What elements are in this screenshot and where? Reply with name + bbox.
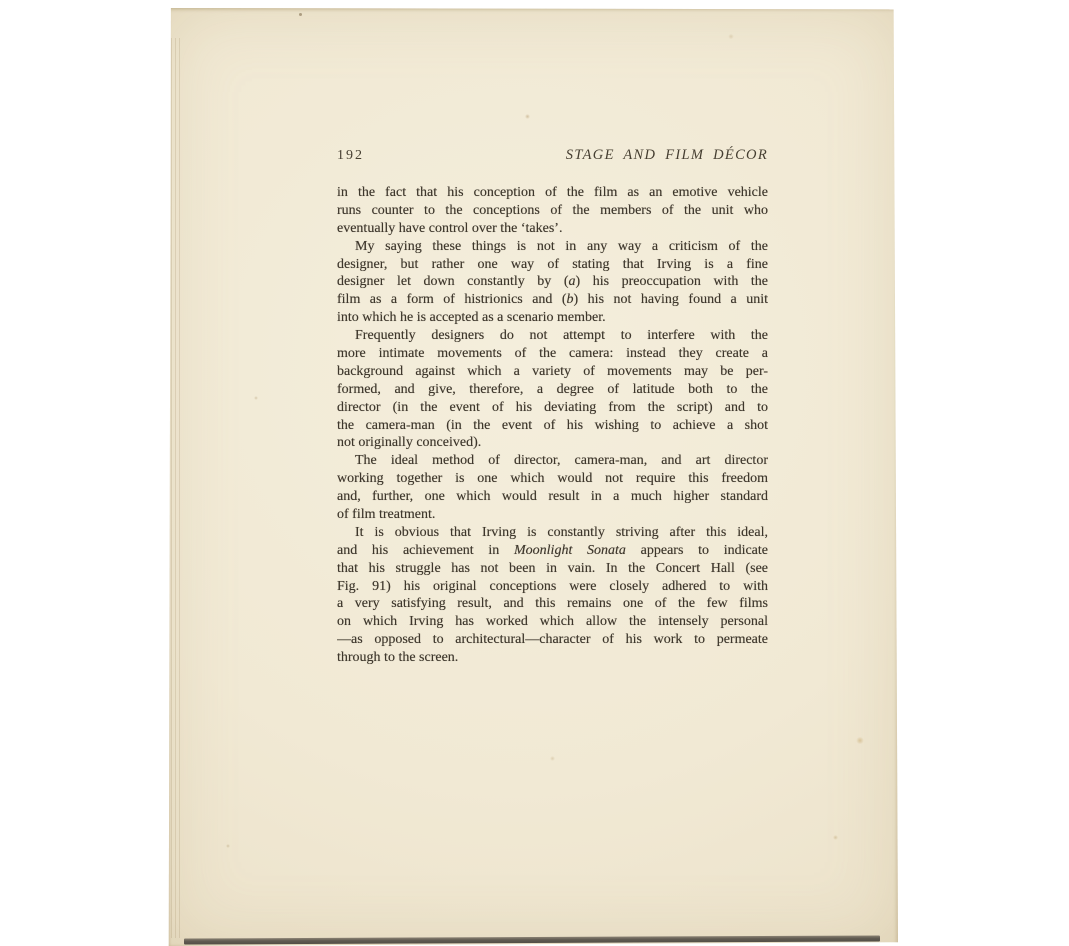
- page-bottom-edge-shadow: [184, 935, 880, 944]
- foxing-spot: [525, 114, 530, 119]
- text-line: and his achievement in Moonlight Sonata …: [337, 542, 768, 560]
- foxing-spot: [728, 34, 734, 39]
- text-segment: that his struggle has not been in vain. …: [337, 561, 768, 576]
- text-segment: not originally conceived).: [337, 435, 481, 450]
- text-line: into which he is accepted as a scenario …: [337, 309, 768, 327]
- text-line: film as a form of histrionics and (b) hi…: [337, 291, 768, 309]
- text-segment: eventually have control over the ‘takes’…: [337, 221, 562, 236]
- foxing-spot: [226, 844, 230, 848]
- text-segment: the camera-man (in the event of his wish…: [337, 418, 768, 433]
- text-segment: Fig. 91) his original conceptions were c…: [337, 579, 768, 594]
- text-line: of film treatment.: [337, 506, 768, 524]
- text-line: designer, but rather one way of stating …: [337, 256, 768, 274]
- text-line: working together is one which would not …: [337, 470, 768, 488]
- book-page: 192 STAGE AND FILM DÉCOR in the fact tha…: [168, 8, 898, 946]
- text-line: eventually have control over the ‘takes’…: [337, 220, 768, 238]
- text-line: formed, and give, therefore, a degree of…: [337, 381, 768, 399]
- text-segment: into which he is accepted as a scenario …: [337, 310, 606, 325]
- foxing-spot: [299, 13, 302, 16]
- text-segment: film as a form of histrionics and (: [337, 292, 567, 307]
- text-segment: designer, but rather one way of stating …: [337, 257, 768, 272]
- foxing-spot: [856, 737, 864, 744]
- text-line: that his struggle has not been in vain. …: [337, 560, 768, 578]
- text-line: runs counter to the conceptions of the m…: [337, 202, 768, 220]
- text-segment: and, further, one which would result in …: [337, 489, 768, 504]
- foxing-spot: [550, 756, 555, 761]
- running-title: STAGE AND FILM DÉCOR: [566, 147, 768, 164]
- text-segment: in the fact that his conception of the f…: [337, 185, 768, 200]
- italic-text-segment: b: [567, 292, 574, 307]
- text-segment: ) his preoccupation with the: [576, 274, 769, 289]
- page-edge-lines: [171, 38, 180, 938]
- text-segment: working together is one which would not …: [337, 471, 768, 486]
- text-line: director (in the event of his deviating …: [337, 399, 768, 417]
- foxing-spot: [833, 835, 838, 840]
- italic-text-segment: a: [569, 274, 576, 289]
- text-segment: a very satisfying result, and this remai…: [337, 596, 768, 611]
- text-segment: —as opposed to architectural—character o…: [337, 632, 768, 647]
- text-line: through to the screen.: [337, 649, 768, 667]
- text-line: on which Irving has worked which allow t…: [337, 613, 768, 631]
- text-line: It is obvious that Irving is constantly …: [337, 524, 768, 542]
- text-segment: and his achievement in: [337, 543, 514, 558]
- text-line: background against which a variety of mo…: [337, 363, 768, 381]
- text-line: more intimate movements of the camera: i…: [337, 345, 768, 363]
- text-segment: background against which a variety of mo…: [337, 364, 768, 379]
- text-segment: through to the screen.: [337, 650, 458, 665]
- text-segment: My saying these things is not in any way…: [355, 239, 768, 254]
- text-line: Fig. 91) his original conceptions were c…: [337, 578, 768, 596]
- text-line: designer let down constantly by (a) his …: [337, 273, 768, 291]
- text-segment: designer let down constantly by (: [337, 274, 569, 289]
- text-segment: of film treatment.: [337, 507, 435, 522]
- text-segment: formed, and give, therefore, a degree of…: [337, 382, 768, 397]
- text-segment: ) his not having found a unit: [574, 292, 768, 307]
- text-segment: on which Irving has worked which allow t…: [337, 614, 768, 629]
- text-segment: The ideal method of director, camera-man…: [355, 453, 768, 468]
- text-line: My saying these things is not in any way…: [337, 238, 768, 256]
- text-line: —as opposed to architectural—character o…: [337, 631, 768, 649]
- text-line: The ideal method of director, camera-man…: [337, 452, 768, 470]
- text-line: not originally conceived).: [337, 434, 768, 452]
- text-line: Frequently designers do not attempt to i…: [337, 327, 768, 345]
- text-segment: It is obvious that Irving is constantly …: [355, 525, 768, 540]
- text-line: a very satisfying result, and this remai…: [337, 595, 768, 613]
- italic-text-segment: Moonlight Sonata: [514, 543, 626, 558]
- text-segment: runs counter to the conceptions of the m…: [337, 203, 768, 218]
- text-segment: appears to indicate: [626, 543, 768, 558]
- text-segment: Frequently designers do not attempt to i…: [355, 328, 768, 343]
- page-number: 192: [337, 148, 364, 164]
- text-segment: more intimate movements of the camera: i…: [337, 346, 768, 361]
- page-header: 192 STAGE AND FILM DÉCOR: [337, 147, 768, 164]
- body-text: in the fact that his conception of the f…: [337, 184, 768, 667]
- text-line: the camera-man (in the event of his wish…: [337, 417, 768, 435]
- foxing-spot: [254, 396, 258, 400]
- text-line: and, further, one which would result in …: [337, 488, 768, 506]
- text-segment: director (in the event of his deviating …: [337, 400, 768, 415]
- text-line: in the fact that his conception of the f…: [337, 184, 768, 202]
- scan-background: { "page": { "number": "192", "running_ti…: [0, 0, 1069, 946]
